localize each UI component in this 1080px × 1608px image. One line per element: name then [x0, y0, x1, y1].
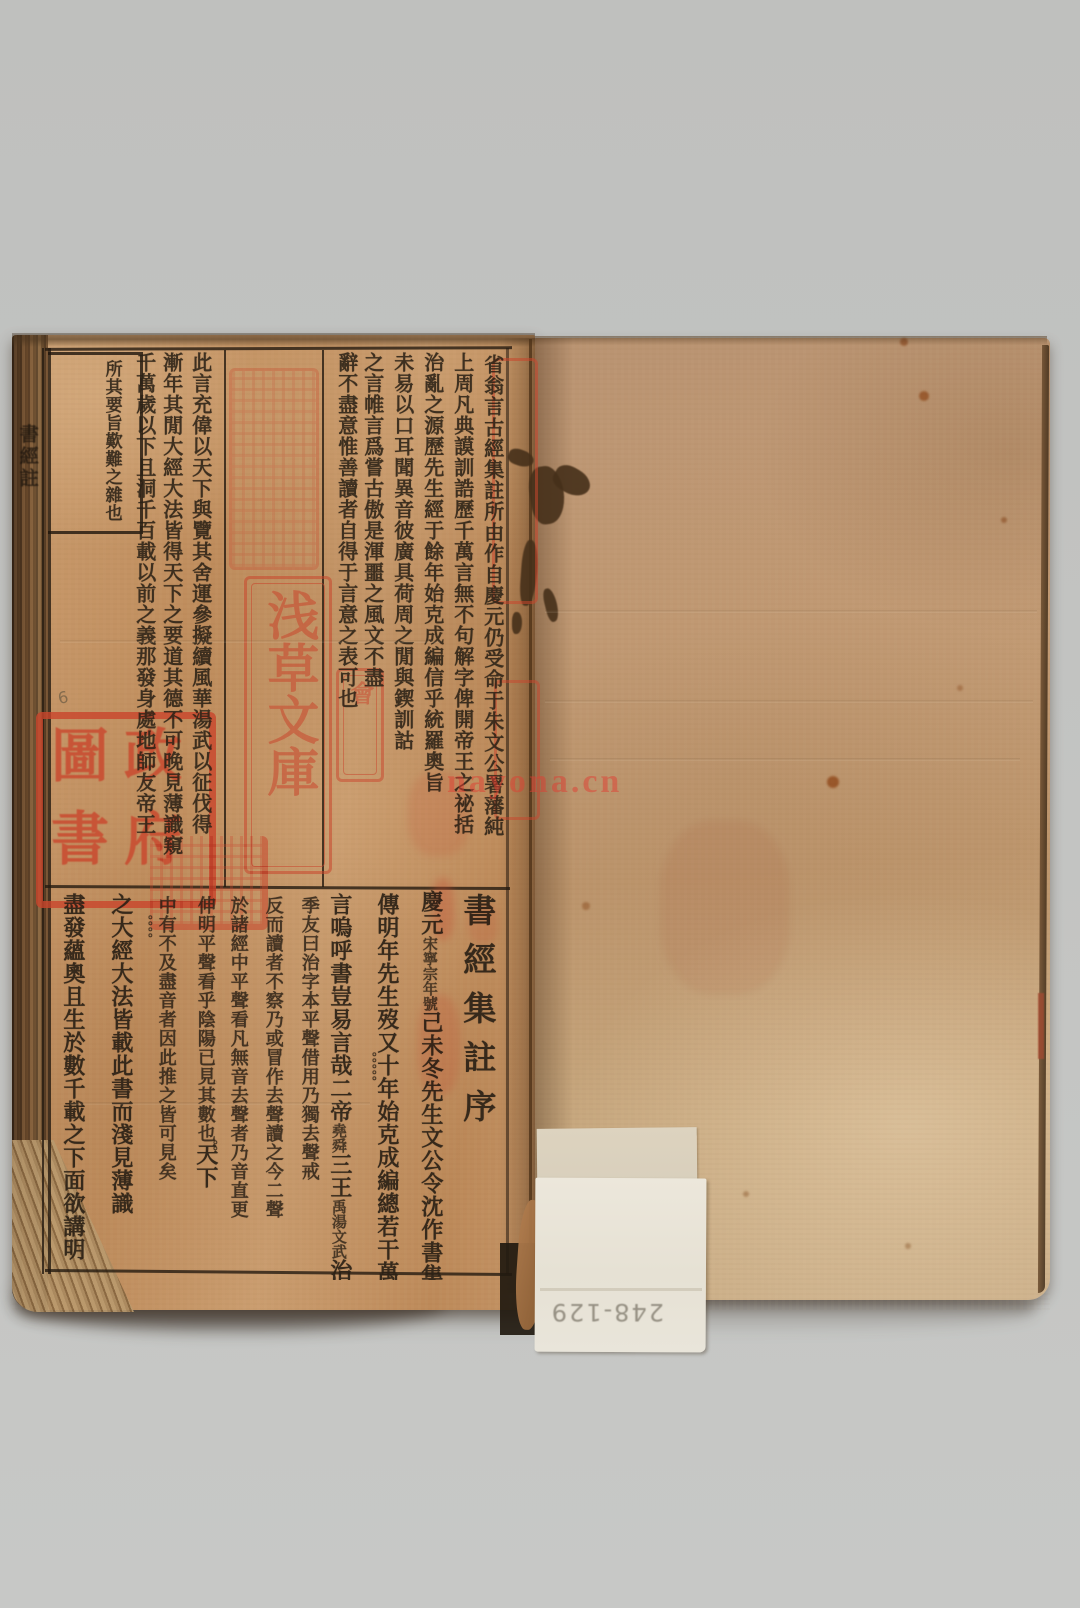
foxing-stain [827, 776, 839, 788]
red-edge-streak [1038, 993, 1044, 1059]
foxing-stain [905, 1243, 911, 1249]
foxing-stain [743, 1191, 749, 1197]
foxing-stain [957, 685, 963, 691]
foxing-stain [582, 902, 590, 910]
seal-show-through [660, 820, 790, 995]
right-page-crease-3 [550, 758, 1020, 761]
right-page-crease-1 [545, 610, 1037, 613]
paper-slip-lower-layer [535, 1178, 707, 1353]
right-page-crease-2 [545, 700, 1033, 703]
left-page-crease-1 [60, 640, 440, 643]
shelf-number-pencil: 248-129 [548, 1298, 664, 1326]
left-page-crease-2 [70, 1102, 370, 1105]
site-watermark: nayona.cn [447, 763, 622, 801]
right-page-stain-layer [0, 0, 1080, 1608]
scanned-book-photo: 浅草文庫政府圖書會 省翁言古經集註所由作自慶元仍受命于朱文公署藩純上周凡典謨訓誥… [0, 0, 1080, 1608]
paper-slip-fold-line [540, 1288, 702, 1291]
foxing-stain [900, 338, 908, 346]
foxing-stain [1001, 517, 1007, 523]
foxing-stain [919, 391, 929, 401]
